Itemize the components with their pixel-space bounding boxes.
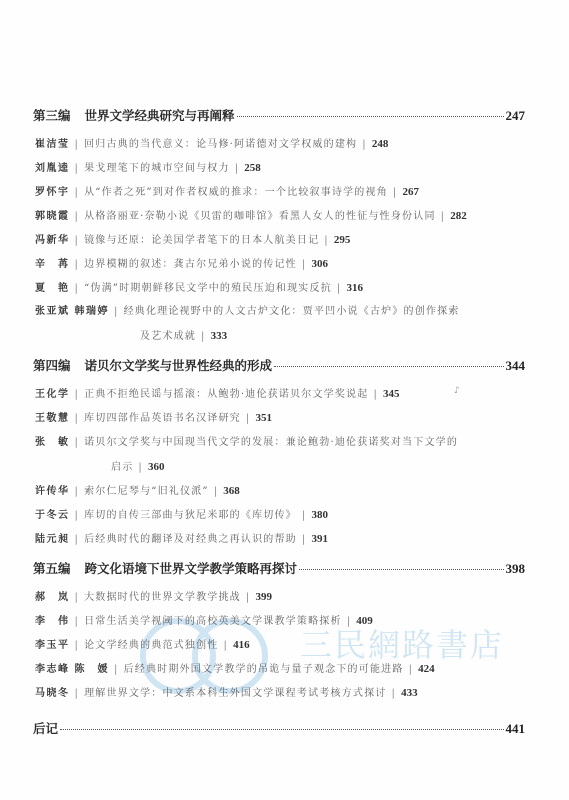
author: 陆元昶 bbox=[35, 534, 70, 545]
separator: | bbox=[324, 235, 329, 246]
author: 张亚斌 韩瑞婷 bbox=[35, 306, 109, 317]
section-title: 世界文学经典研究与再阐释 bbox=[85, 106, 235, 124]
entry-title: 诺贝尔文学奖与中国现当代文学的发展：兼论鲍勃·迪伦获诺奖对当下文学的 bbox=[84, 437, 458, 448]
separator: | bbox=[373, 389, 378, 400]
separator: | bbox=[75, 534, 80, 545]
section-header-part4: 第四编 诺贝尔文学奖与世界性经典的形成 344 bbox=[33, 356, 525, 376]
entry-title: 后经典时期外国文学教学的吊诡与量子观念下的可能进路 bbox=[124, 664, 404, 675]
author: 于冬云 bbox=[35, 510, 70, 521]
separator: | bbox=[409, 664, 414, 675]
separator: | bbox=[75, 283, 80, 294]
entry-title: 正典不拒绝民谣与摇滚：从鲍勃·迪伦获诺贝尔文学奖说起 bbox=[84, 389, 368, 400]
separator: | bbox=[347, 616, 352, 627]
dot-leader bbox=[237, 116, 504, 117]
toc-entry: 辛 苒|边界模糊的叙述：龚古尔兄弟小说的传记性|306 bbox=[35, 257, 328, 272]
page-number: 424 bbox=[418, 663, 435, 675]
page-number: 316 bbox=[346, 282, 363, 294]
toc-entry: 郝 岚|大数据时代的世界文学教学挑战|399 bbox=[35, 590, 272, 605]
separator: | bbox=[75, 640, 80, 651]
watermark-logo-circle bbox=[192, 618, 268, 694]
page-number: 399 bbox=[255, 591, 272, 603]
author: 李玉平 bbox=[35, 640, 70, 651]
entry-title: 果戈理笔下的城市空间与权力 bbox=[84, 163, 230, 174]
toc-page: 第三编 世界文学经典研究与再阐释 247 崔洁莹|回归古典的当代意义：论马修·阿… bbox=[0, 0, 569, 800]
toc-entry: 于冬云|库切的自传三部曲与狄尼米耶的《库切传》|380 bbox=[35, 508, 328, 523]
afterword-title: 后记 bbox=[33, 719, 58, 737]
separator: | bbox=[75, 510, 80, 521]
section-title: 跨文化语境下世界文学教学策略再探讨 bbox=[85, 559, 298, 577]
entry-title-continued: 及艺术成就 bbox=[140, 331, 196, 342]
separator: | bbox=[75, 187, 80, 198]
toc-entry: 李玉平|论文学经典的典范式独创性|416 bbox=[35, 638, 250, 653]
part-label: 第三编 bbox=[33, 106, 71, 124]
entry-title: 镜像与还原：论美国学者笔下的日本人航美日记 bbox=[84, 235, 319, 246]
author: 冯新华 bbox=[35, 235, 70, 246]
section-header-afterword: 后记 441 bbox=[33, 719, 525, 739]
toc-entry: 崔洁莹|回归古典的当代意义：论马修·阿诺德对文学权威的建构|248 bbox=[35, 137, 388, 152]
author: 罗怀宇 bbox=[35, 187, 70, 198]
separator: | bbox=[75, 235, 80, 246]
author: 夏 艳 bbox=[35, 283, 70, 294]
entry-title: 库切的自传三部曲与狄尼米耶的《库切传》 bbox=[84, 510, 297, 521]
toc-entry: 马晓冬|理解世界文学：中文系本科生外国文学课程考试考核方式探讨|433 bbox=[35, 686, 418, 701]
entry-title: 库切四部作品英语书名汉译研究 bbox=[84, 413, 241, 424]
entry-title: 日常生活美学视阈下的高校英美文学课教学策略探析 bbox=[84, 616, 342, 627]
entry-title: 回归古典的当代意义：论马修·阿诺德对文学权威的建构 bbox=[84, 139, 357, 150]
page-number: 345 bbox=[383, 388, 400, 400]
part-label: 第四编 bbox=[33, 356, 71, 374]
author: 马晓冬 bbox=[35, 688, 70, 699]
toc-entry: 郭晓霞|从格洛丽亚·奈勒小说《贝雷的咖啡馆》看黑人女人的性征与性身份认同|282 bbox=[35, 209, 467, 224]
separator: | bbox=[138, 462, 143, 473]
toc-entry: 陆元昶|后经典时代的翻译及对经典之再认识的帮助|391 bbox=[35, 532, 328, 547]
toc-entry: 夏 艳|“伪满”时期朝鲜移民文学中的殖民压迫和现实反抗|316 bbox=[35, 281, 363, 296]
page-number: 247 bbox=[506, 108, 526, 124]
stray-mark: ♪ bbox=[454, 386, 460, 396]
page-number: 351 bbox=[255, 412, 272, 424]
separator: | bbox=[75, 616, 80, 627]
author: 许传华 bbox=[35, 486, 70, 497]
entry-title: 论文学经典的典范式独创性 bbox=[84, 640, 218, 651]
author: 刘胤逵 bbox=[35, 163, 70, 174]
toc-entry: 张 敏|诺贝尔文学奖与中国现当代文学的发展：兼论鲍勃·迪伦获诺奖对当下文学的 bbox=[35, 436, 458, 450]
dot-leader bbox=[60, 729, 503, 730]
page-number: 248 bbox=[372, 138, 389, 150]
separator: | bbox=[75, 389, 80, 400]
author: 李志峰 陈 媛 bbox=[35, 664, 109, 675]
separator: | bbox=[114, 664, 119, 675]
page-number: 267 bbox=[402, 186, 419, 198]
entry-title: 经典化理论视野中的人文古炉文化：贾平凹小说《古炉》的创作探索 bbox=[124, 306, 460, 317]
page-number: 441 bbox=[506, 721, 526, 737]
separator: | bbox=[114, 306, 119, 317]
dot-leader bbox=[274, 366, 503, 367]
page-number: 295 bbox=[334, 234, 351, 246]
author: 王化学 bbox=[35, 389, 70, 400]
toc-entry-continuation: 启示|360 bbox=[111, 460, 164, 475]
author: 张 敏 bbox=[35, 437, 70, 448]
separator: | bbox=[302, 259, 307, 270]
page-number: 282 bbox=[450, 210, 467, 222]
page-number: 433 bbox=[401, 687, 418, 699]
separator: | bbox=[75, 486, 80, 497]
section-title: 诺贝尔文学奖与世界性经典的形成 bbox=[85, 356, 273, 374]
author: 辛 苒 bbox=[35, 259, 70, 270]
separator: | bbox=[362, 139, 367, 150]
page-number: 409 bbox=[356, 615, 373, 627]
separator: | bbox=[302, 534, 307, 545]
separator: | bbox=[75, 259, 80, 270]
separator: | bbox=[201, 331, 206, 342]
separator: | bbox=[75, 688, 80, 699]
page-number: 333 bbox=[211, 330, 228, 342]
entry-title: 从“作者之死”到对作者权威的推求：一个比较叙事诗学的视角 bbox=[84, 187, 388, 198]
separator: | bbox=[75, 139, 80, 150]
separator: | bbox=[302, 510, 307, 521]
author: 郭晓霞 bbox=[35, 211, 70, 222]
author: 李 伟 bbox=[35, 616, 70, 627]
separator: | bbox=[223, 640, 228, 651]
part-label: 第五编 bbox=[33, 559, 71, 577]
entry-title: 后经典时代的翻译及对经典之再认识的帮助 bbox=[84, 534, 297, 545]
separator: | bbox=[235, 163, 240, 174]
page-number: 391 bbox=[311, 533, 328, 545]
toc-entry: 冯新华|镜像与还原：论美国学者笔下的日本人航美日记|295 bbox=[35, 233, 350, 248]
toc-entry: 李志峰 陈 媛|后经典时期外国文学教学的吊诡与量子观念下的可能进路|424 bbox=[35, 662, 435, 677]
separator: | bbox=[75, 413, 80, 424]
separator: | bbox=[393, 187, 398, 198]
author: 崔洁莹 bbox=[35, 139, 70, 150]
separator: | bbox=[75, 163, 80, 174]
author: 郝 岚 bbox=[35, 592, 70, 603]
page-number: 258 bbox=[244, 162, 261, 174]
separator: | bbox=[441, 211, 446, 222]
toc-entry: 李 伟|日常生活美学视阈下的高校英美文学课教学策略探析|409 bbox=[35, 614, 373, 629]
page-number: 380 bbox=[311, 509, 328, 521]
separator: | bbox=[391, 688, 396, 699]
toc-entry-continuation: 及艺术成就|333 bbox=[140, 329, 227, 344]
separator: | bbox=[75, 437, 80, 448]
page-number: 306 bbox=[311, 258, 328, 270]
page-number: 416 bbox=[233, 639, 250, 651]
separator: | bbox=[75, 592, 80, 603]
entry-title: 索尔仁尼琴与“旧礼仪派” bbox=[84, 486, 209, 497]
watermark-logo-circle bbox=[140, 618, 216, 694]
section-header-part3: 第三编 世界文学经典研究与再阐释 247 bbox=[33, 106, 525, 126]
toc-entry: 许传华|索尔仁尼琴与“旧礼仪派”|368 bbox=[35, 484, 240, 499]
toc-entry: 张亚斌 韩瑞婷|经典化理论视野中的人文古炉文化：贾平凹小说《古炉》的创作探索 bbox=[35, 305, 460, 319]
toc-entry: 罗怀宇|从“作者之死”到对作者权威的推求：一个比较叙事诗学的视角|267 bbox=[35, 185, 419, 200]
page-number: 368 bbox=[223, 485, 240, 497]
page-number: 398 bbox=[506, 561, 526, 577]
toc-entry: 刘胤逵|果戈理笔下的城市空间与权力|258 bbox=[35, 161, 261, 176]
page-number: 360 bbox=[148, 461, 165, 473]
entry-title: “伪满”时期朝鲜移民文学中的殖民压迫和现实反抗 bbox=[84, 283, 332, 294]
entry-title: 理解世界文学：中文系本科生外国文学课程考试考核方式探讨 bbox=[84, 688, 386, 699]
separator: | bbox=[337, 283, 342, 294]
entry-title: 边界模糊的叙述：龚古尔兄弟小说的传记性 bbox=[84, 259, 297, 270]
separator: | bbox=[75, 211, 80, 222]
toc-entry: 王化学|正典不拒绝民谣与摇滚：从鲍勃·迪伦获诺贝尔文学奖说起|345 bbox=[35, 387, 400, 402]
dot-leader bbox=[299, 569, 503, 570]
separator: | bbox=[246, 592, 251, 603]
entry-title: 从格洛丽亚·奈勒小说《贝雷的咖啡馆》看黑人女人的性征与性身份认同 bbox=[84, 211, 436, 222]
separator: | bbox=[246, 413, 251, 424]
entry-title-continued: 启示 bbox=[111, 462, 133, 473]
entry-title: 大数据时代的世界文学教学挑战 bbox=[84, 592, 241, 603]
author: 王敬慧 bbox=[35, 413, 70, 424]
section-header-part5: 第五编 跨文化语境下世界文学教学策略再探讨 398 bbox=[33, 559, 525, 579]
toc-entry: 王敬慧|库切四部作品英语书名汉译研究|351 bbox=[35, 411, 272, 426]
separator: | bbox=[214, 486, 219, 497]
page-number: 344 bbox=[506, 358, 526, 374]
